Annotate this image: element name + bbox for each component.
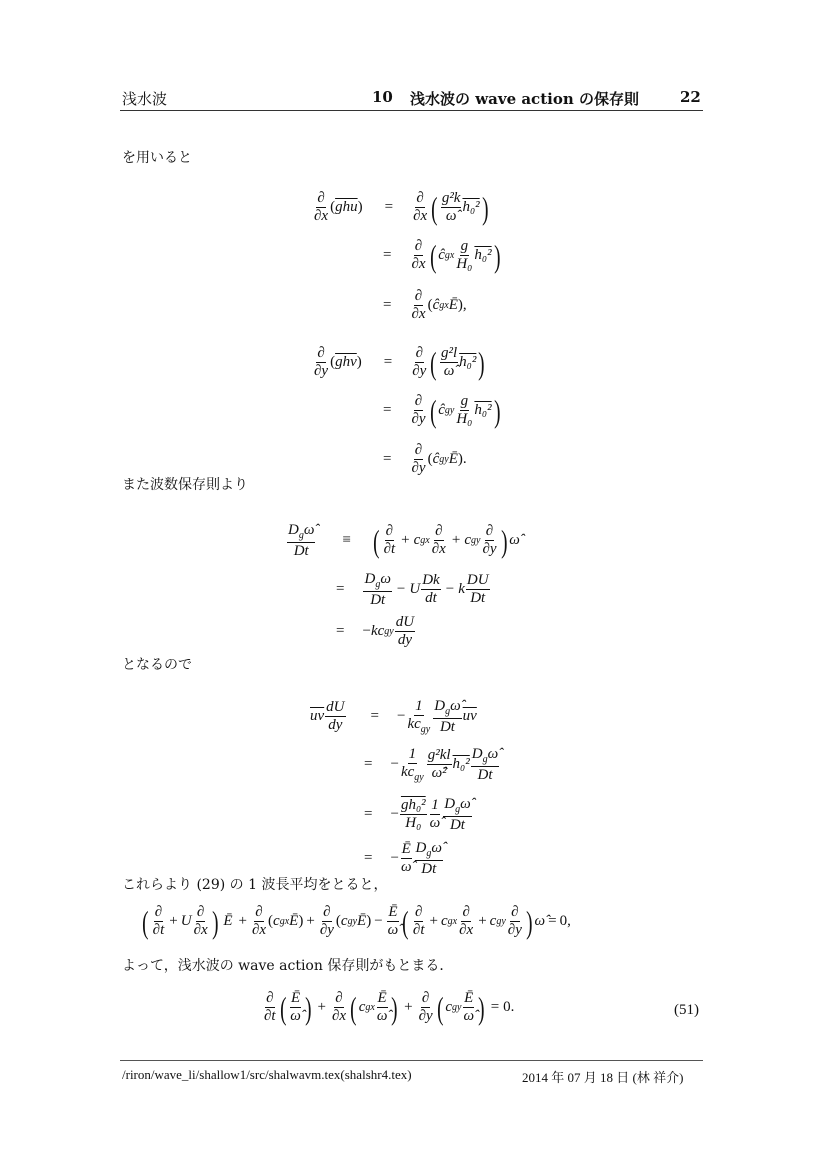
section-number: 10 [372,88,393,106]
paragraph-text: となるので [122,654,192,674]
footer-date-author: 2014 年 07 月 18 日 (林 祥介) [522,1067,683,1086]
equation-2-line-1: ∂∂y (ghv) = ∂∂y ( g²lω̂ h₀² ) [312,345,487,381]
equation-1-line-3: = ∂∂x (ĉgxĒ), [383,288,467,324]
equation-3-line-1: Dgω̂Dt ≡ ( ∂∂t + cgx ∂∂x + cgy ∂∂y ) ω̂ [286,522,520,560]
footer-rule [120,1060,703,1061]
equation-wave-action-conservation: ∂∂t ( Ēω̂ ) + ∂∂x ( cgx Ēω̂ ) + ∂∂y ( cg… [262,990,514,1026]
paragraph-text: また波数保存則より [122,474,248,494]
equation-1-line-1: ∂∂x (ghu) = ∂∂x ( g²kω̂ h₀² ) [312,190,490,226]
equation-averaged: ( ∂∂t + U ∂∂x ) Ē + ∂∂x (cgxĒ) + ∂∂y (cg… [140,904,571,940]
page-number: 22 [680,88,701,106]
running-header-title: 浅水波 [122,88,167,109]
equation-4-line-1: uv dUdy = − 1kcgy Dgω̂Dt uv [310,698,477,736]
equation-4-line-3: = − gh₀²H₀ 1ω̂ Dgω̂Dt [364,796,473,834]
section-title: 浅水波の wave action の保存則 [410,88,639,109]
equation-4-line-2: = − 1kcgy g²klω̂² h₀² Dgω̂Dt [364,746,500,784]
equation-1-line-2: = ∂∂x ( ĉgx gH₀ h₀² ) [383,238,502,274]
paragraph-text: これらより (29) の 1 波長平均をとると， [122,874,387,894]
equation-2-line-3: = ∂∂y (ĉgyĒ). [383,442,467,478]
paragraph-text: を用いると [122,147,192,167]
equation-number: (51) [674,1002,699,1019]
header-rule [120,110,703,111]
equation-3-line-3: = −kcgy dUdy [336,614,416,650]
equation-3-line-2: = DgωDt − U Dkdt − k DUDt [336,571,491,609]
equation-2-line-2: = ∂∂y ( ĉgy gH₀ h₀² ) [383,393,502,429]
equation-4-line-4: = − Ēω̂ Dgω̂Dt [364,840,444,878]
paragraph-text: よって，浅水波の wave action 保存則がもとまる． [122,955,453,975]
footer-source-path: /riron/wave_li/shallow1/src/shalwavm.tex… [122,1067,412,1083]
